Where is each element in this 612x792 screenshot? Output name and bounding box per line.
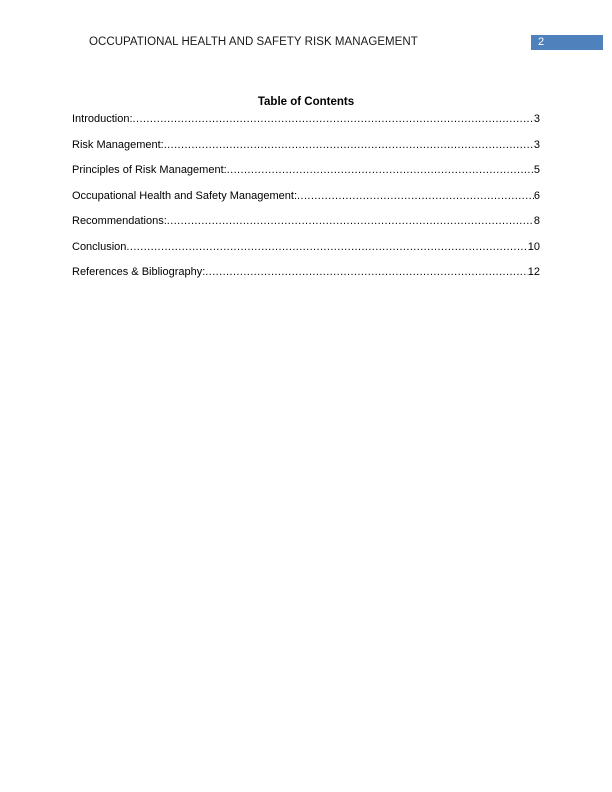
toc-entry-principles-of-risk-management[interactable]: Principles of Risk Management: 5 <box>72 163 540 189</box>
toc-entry-page: 10 <box>528 240 540 254</box>
toc-entry-introduction[interactable]: Introduction: 3 <box>72 112 540 138</box>
toc-entry-page: 3 <box>534 112 540 126</box>
toc-entry-label: Principles of Risk Management: <box>72 163 227 177</box>
toc-entry-label: Risk Management: <box>72 138 164 152</box>
table-of-contents: Introduction: 3 Risk Management: 3 Princ… <box>72 112 540 291</box>
toc-entry-recommendations[interactable]: Recommendations: 8 <box>72 214 540 240</box>
toc-entry-label: Introduction: <box>72 112 133 126</box>
document-page: OCCUPATIONAL HEALTH AND SAFETY RISK MANA… <box>0 0 612 792</box>
toc-entry-label: References & Bibliography: <box>72 265 205 279</box>
toc-entry-page: 3 <box>534 138 540 152</box>
toc-dot-leader <box>297 189 534 203</box>
toc-dot-leader <box>167 214 534 228</box>
toc-dot-leader <box>164 138 534 152</box>
toc-entry-page: 5 <box>534 163 540 177</box>
toc-entry-page: 12 <box>528 265 540 279</box>
toc-entry-label: Occupational Health and Safety Managemen… <box>72 189 297 203</box>
running-head-title: OCCUPATIONAL HEALTH AND SAFETY RISK MANA… <box>89 35 418 50</box>
toc-title: Table of Contents <box>72 95 540 109</box>
toc-entry-label: Recommendations: <box>72 214 167 228</box>
toc-entry-ohs-management[interactable]: Occupational Health and Safety Managemen… <box>72 189 540 215</box>
toc-entry-page: 8 <box>534 214 540 228</box>
toc-entry-conclusion[interactable]: Conclusion 10 <box>72 240 540 266</box>
page-number-badge: 2 <box>531 35 603 50</box>
toc-dot-leader <box>227 163 534 177</box>
toc-dot-leader <box>205 265 527 279</box>
toc-dot-leader <box>133 112 534 126</box>
toc-entry-risk-management[interactable]: Risk Management: 3 <box>72 138 540 164</box>
toc-entry-label: Conclusion <box>72 240 126 254</box>
toc-entry-page: 6 <box>534 189 540 203</box>
toc-entry-references[interactable]: References & Bibliography: 12 <box>72 265 540 291</box>
toc-dot-leader <box>126 240 527 254</box>
